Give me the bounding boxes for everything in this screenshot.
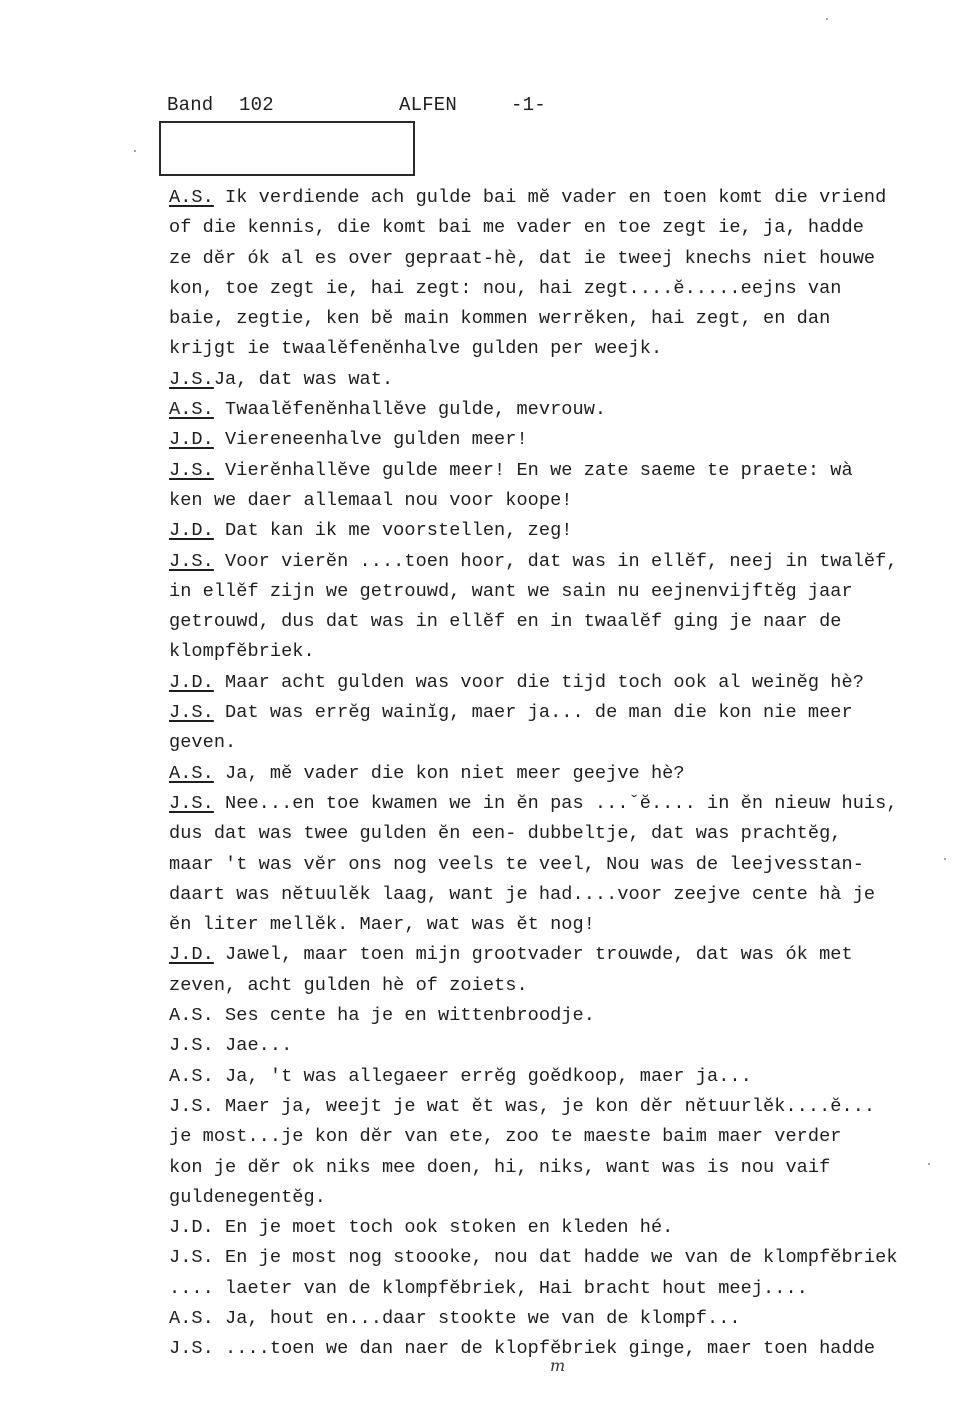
utterance-text: Ik verdiende ach gulde bai mĕ vader en t… [214,187,886,208]
utterance-text: Voor vierĕn ....toen hoor, dat was in el… [214,551,898,572]
transcript-line-speaker: A.S. Ja, hout en...daar stookte we van d… [169,1304,979,1334]
transcript-line-speaker: J.S. Maer ja, weejt je wat ĕt was, je ko… [169,1092,979,1122]
utterance-text: Nee...en toe kwamen we in ĕn pas ...ˇĕ..… [214,793,898,814]
paper-speck [826,18,828,20]
utterance-text: Viereneenhalve gulden meer! [214,429,528,450]
speaker-label: A.S. [169,763,214,784]
speaker-label: A.S. [169,187,214,208]
utterance-text: kon, toe zegt ie, hai zegt: nou, hai zeg… [169,278,841,299]
utterance-text: Vierĕnhallĕve gulde meer! En we zate sae… [214,460,853,481]
utterance-text: maar 't was vĕr ons nog veels te veel, N… [169,854,864,875]
transcript-line-continuation: in ellĕf zijn we getrouwd, want we sain … [169,577,979,607]
transcript-line-speaker: J.S.Ja, dat was wat. [169,365,979,395]
transcript-line-speaker: J.D. Viereneenhalve gulden meer! [169,425,979,455]
transcript-line-continuation: kon, toe zegt ie, hai zegt: nou, hai zeg… [169,274,979,304]
transcript-line-continuation: klompfĕbriek. [169,637,979,667]
transcript-line-continuation: ken we daer allemaal nou voor koope! [169,486,979,516]
utterance-text: baie, zegtie, ken bĕ main kommen werrĕke… [169,308,830,329]
utterance-text: krijgt ie twaalĕfenĕnhalve gulden per we… [169,338,662,359]
utterance-text: kon je dĕr ok niks mee doen, hi, niks, w… [169,1157,830,1178]
utterance-text: dus dat was twee gulden ĕn een- dubbeltj… [169,823,841,844]
utterance-text: ĕn liter mellĕk. Maer, wat was ĕt nog! [169,914,595,935]
transcript-line-continuation: geven. [169,728,979,758]
speaker-label: A.S. [169,1005,214,1026]
transcript-line-speaker: J.S. Vierĕnhallĕve gulde meer! En we zat… [169,456,979,486]
transcript-line-speaker: J.S. Jae... [169,1031,979,1061]
transcript-line-continuation: .... laeter van de klompfĕbriek, Hai bra… [169,1274,979,1304]
utterance-text: zeven, acht gulden hè of zoiets. [169,975,528,996]
transcript-line-continuation: je most...je kon dĕr van ete, zoo te mae… [169,1122,979,1152]
transcript-line-continuation: dus dat was twee gulden ĕn een- dubbeltj… [169,819,979,849]
speaker-label: J.D. [169,429,214,450]
header-band-label: Band [167,94,213,116]
speaker-label: J.S. [169,551,214,572]
speaker-label: J.S. [169,460,214,481]
speaker-label: J.S. [169,1338,214,1359]
utterance-text: En je moet toch ook stoken en kleden hé. [214,1217,674,1238]
speaker-label: J.D. [169,1217,214,1238]
utterance-text: Jae... [214,1035,292,1056]
utterance-text: Maer ja, weejt je wat ĕt was, je kon dĕr… [214,1096,875,1117]
utterance-text: klompfĕbriek. [169,641,315,662]
speaker-label: J.S. [169,702,214,723]
utterance-text: getrouwd, dus dat was in ellĕf en in twa… [169,611,841,632]
transcript-line-speaker: J.S. Voor vierĕn ....toen hoor, dat was … [169,547,979,577]
transcript-line-continuation: guldenegentĕg. [169,1183,979,1213]
utterance-text: daart was nĕtuulĕk laag, want je had....… [169,884,875,905]
handwritten-correction-mark: m [550,1356,565,1375]
transcript-line-speaker: A.S. Ses cente ha je en wittenbroodje. [169,1001,979,1031]
utterance-text: Ja, dat was wat. [214,369,393,390]
transcript-line-continuation: getrouwd, dus dat was in ellĕf en in twa… [169,607,979,637]
utterance-text: Ses cente ha je en wittenbroodje. [214,1005,595,1026]
transcript-line-continuation: baie, zegtie, ken bĕ main kommen werrĕke… [169,304,979,334]
utterance-text: Dat was errĕg wainĭg, maer ja... de man … [214,702,853,723]
header-place-name: ALFEN [399,94,457,116]
utterance-text: Twaalĕfenĕnhallĕve gulde, mevrouw. [214,399,606,420]
utterance-text: geven. [169,732,236,753]
speaker-label: J.D. [169,520,214,541]
paper-speck [944,858,946,860]
transcript-page: Band 102 ALFEN -1- A.S. Ik verdiende ach… [0,0,979,1401]
transcript-line-speaker: J.D. Jawel, maar toen mijn grootvader tr… [169,940,979,970]
speaker-label: J.S. [169,1096,214,1117]
transcript-line-continuation: daart was nĕtuulĕk laag, want je had....… [169,880,979,910]
transcript-line-speaker: J.D. En je moet toch ook stoken en klede… [169,1213,979,1243]
utterance-text: Ja, 't was allegaeer errĕg goĕdkoop, mae… [214,1066,752,1087]
speaker-label: A.S. [169,399,214,420]
utterance-text: ken we daer allemaal nou voor koope! [169,490,573,511]
paper-speck [134,150,136,152]
utterance-text: .... laeter van de klompfĕbriek, Hai bra… [169,1278,808,1299]
transcript-line-speaker: J.S. Dat was errĕg wainĭg, maer ja... de… [169,698,979,728]
speaker-label: J.S. [169,369,214,390]
transcript-line-speaker: A.S. Twaalĕfenĕnhallĕve gulde, mevrouw. [169,395,979,425]
transcript-line-speaker: J.D. Maar acht gulden was voor die tijd … [169,668,979,698]
utterance-text: in ellĕf zijn we getrouwd, want we sain … [169,581,853,602]
transcript-line-speaker: A.S. Ik verdiende ach gulde bai mĕ vader… [169,183,979,213]
transcript-line-speaker: J.S. Nee...en toe kwamen we in ĕn pas ..… [169,789,979,819]
paper-speck [928,1163,930,1165]
redaction-box [159,121,415,176]
header-band-number: 102 [239,94,274,116]
transcript-line-continuation: zeven, acht gulden hè of zoiets. [169,971,979,1001]
utterance-text: Dat kan ik me voorstellen, zeg! [214,520,573,541]
speaker-label: A.S. [169,1308,214,1329]
transcript-line-speaker: J.S. En je most nog stoooke, nou dat had… [169,1243,979,1273]
utterance-text: of die kennis, die komt bai me vader en … [169,217,864,238]
utterance-text: Maar acht gulden was voor die tijd toch … [214,672,864,693]
transcript-line-continuation: maar 't was vĕr ons nog veels te veel, N… [169,850,979,880]
speaker-label: J.D. [169,672,214,693]
header-page-number: -1- [511,94,546,116]
speaker-label: J.D. [169,944,214,965]
utterance-text: guldenegentĕg. [169,1187,326,1208]
utterance-text: Ja, mĕ vader die kon niet meer geejve hè… [214,763,685,784]
transcript-line-speaker: J.S. ....toen we dan naer de klopfĕbriek… [169,1334,979,1364]
utterance-text: ....toen we dan naer de klopfĕbriek ging… [214,1338,875,1359]
speaker-label: A.S. [169,1066,214,1087]
transcript-line-continuation: ze dĕr ók al es over gepraat-hè, dat ie … [169,244,979,274]
utterance-text: je most...je kon dĕr van ete, zoo te mae… [169,1126,841,1147]
speaker-label: J.S. [169,793,214,814]
utterance-text: En je most nog stoooke, nou dat hadde we… [214,1247,898,1268]
transcript-body: A.S. Ik verdiende ach gulde bai mĕ vader… [169,183,979,1365]
transcript-line-speaker: J.D. Dat kan ik me voorstellen, zeg! [169,516,979,546]
transcript-line-continuation: kon je dĕr ok niks mee doen, hi, niks, w… [169,1153,979,1183]
speaker-label: J.S. [169,1247,214,1268]
transcript-line-speaker: A.S. Ja, mĕ vader die kon niet meer geej… [169,759,979,789]
transcript-line-speaker: A.S. Ja, 't was allegaeer errĕg goĕdkoop… [169,1062,979,1092]
speaker-label: J.S. [169,1035,214,1056]
utterance-text: Jawel, maar toen mijn grootvader trouwde… [214,944,853,965]
utterance-text: ze dĕr ók al es over gepraat-hè, dat ie … [169,248,875,269]
transcript-line-continuation: krijgt ie twaalĕfenĕnhalve gulden per we… [169,334,979,364]
transcript-line-continuation: of die kennis, die komt bai me vader en … [169,213,979,243]
utterance-text: Ja, hout en...daar stookte we van de klo… [214,1308,741,1329]
transcript-line-continuation: ĕn liter mellĕk. Maer, wat was ĕt nog! [169,910,979,940]
